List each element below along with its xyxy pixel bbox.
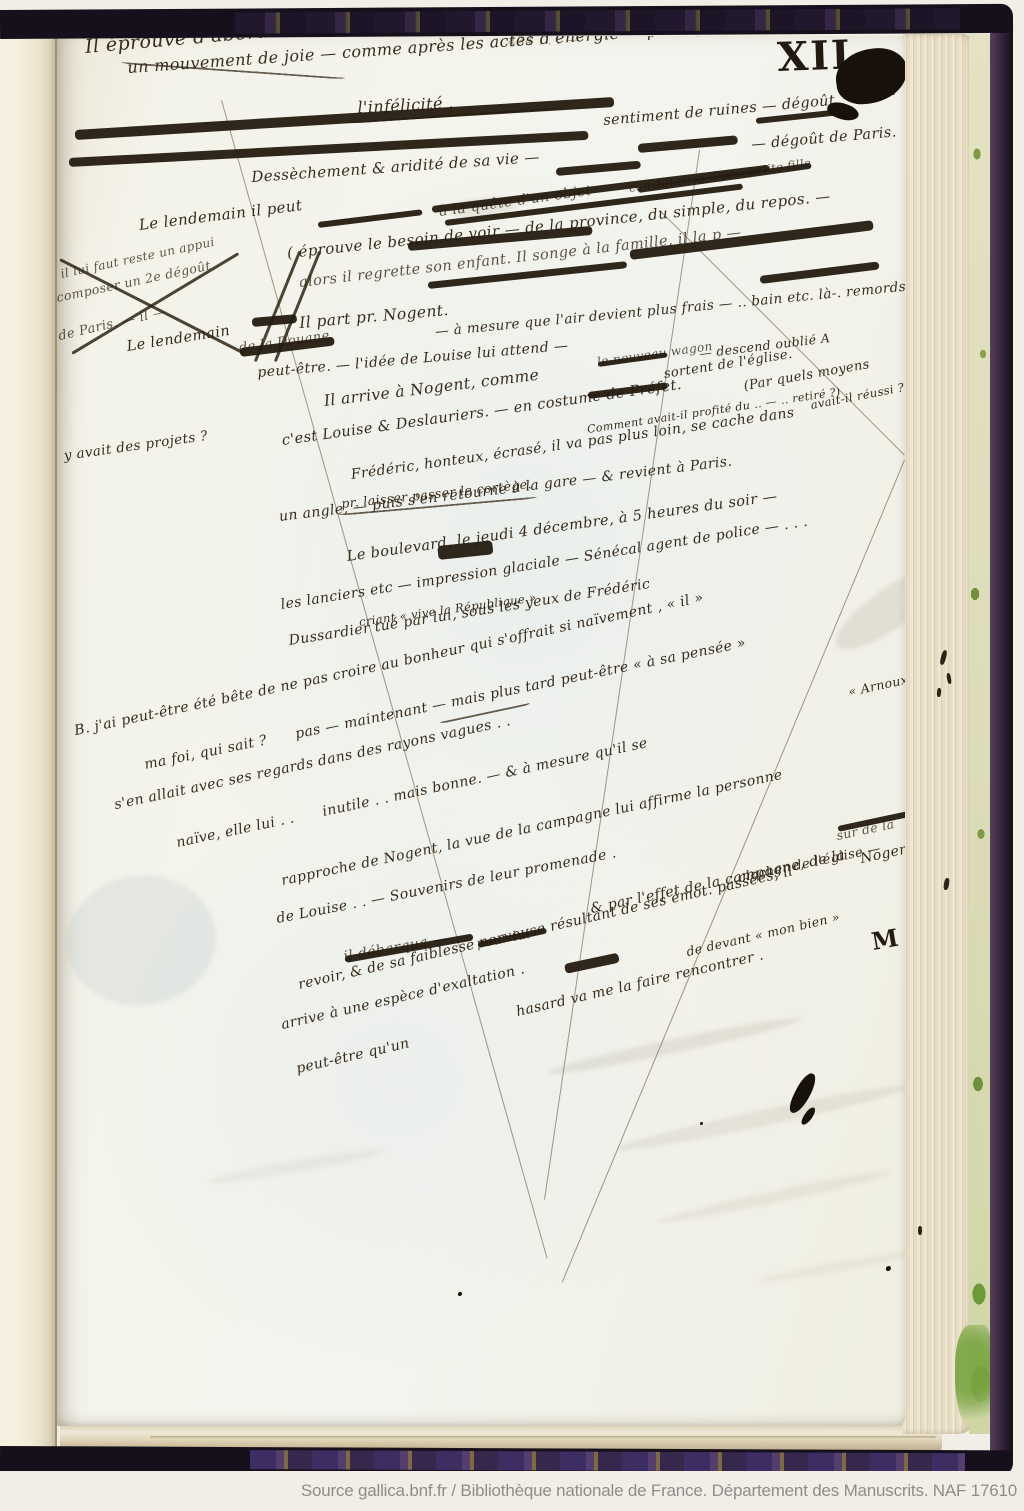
strike-through-mark [760,261,880,284]
strike-through-mark [556,161,641,176]
manuscript-line: « Arnoux » [847,671,905,698]
manuscript-page: 434 . . . — XII 52 Il éprouve d'abordun … [57,36,905,1426]
book-frame: 434 . . . — XII 52 Il éprouve d'abordun … [0,0,1024,1511]
marbled-endpaper-blob [955,1325,991,1430]
binding-decoration [235,8,960,33]
page-smudge [756,1248,905,1286]
manuscript-line: naïve, elle lui . . inutile . . mais bon… [175,736,649,850]
manuscript-line: — à mesure que l'air devient plus frais … [435,281,905,340]
binding-bar-top [0,4,1013,39]
ink-blot [886,1266,891,1271]
binding-edge-right [990,8,1013,1468]
page-smudge [58,866,225,1016]
manuscript-line: — dégoût de Paris. [751,125,898,152]
manuscript-line: sentiment de ruines — dégoût [603,94,836,129]
manuscript-line: M [870,925,902,954]
page-smudge [206,1145,385,1188]
strike-through-mark [318,209,423,228]
edge-ink-mark [918,1226,922,1235]
ink-blot [458,1292,462,1296]
page-smudge [826,555,905,662]
page-edge-stack [903,34,973,1434]
footer-strip: Source gallica.bnf.fr / Bibliothèque nat… [0,1471,1024,1511]
manuscript-scan: 434 . . . — XII 52 Il éprouve d'abordun … [0,0,1024,1511]
manuscript-line: de devant « mon bien » [685,911,841,959]
manuscript-line: y avait des projets ? [63,430,209,464]
manuscript-line: Le lendemain il peut [138,198,303,233]
binding-decoration [250,1450,965,1472]
marbled-endpaper [969,34,992,1434]
page-smudge [615,1079,905,1157]
page-smudge [656,1166,893,1228]
page-smudge [546,1012,803,1080]
facing-page-edge [0,26,57,1454]
manuscript-line: Il part pr. Nogent. [299,303,450,332]
manuscript-line: peut-être qu'un [295,1036,411,1076]
strike-through-mark [638,135,738,153]
source-attribution: Source gallica.bnf.fr / Bibliothèque nat… [301,1481,1017,1501]
strike-through-mark [564,953,620,974]
manuscript-line: hasard va me la faire rencontrer . [515,948,765,1019]
